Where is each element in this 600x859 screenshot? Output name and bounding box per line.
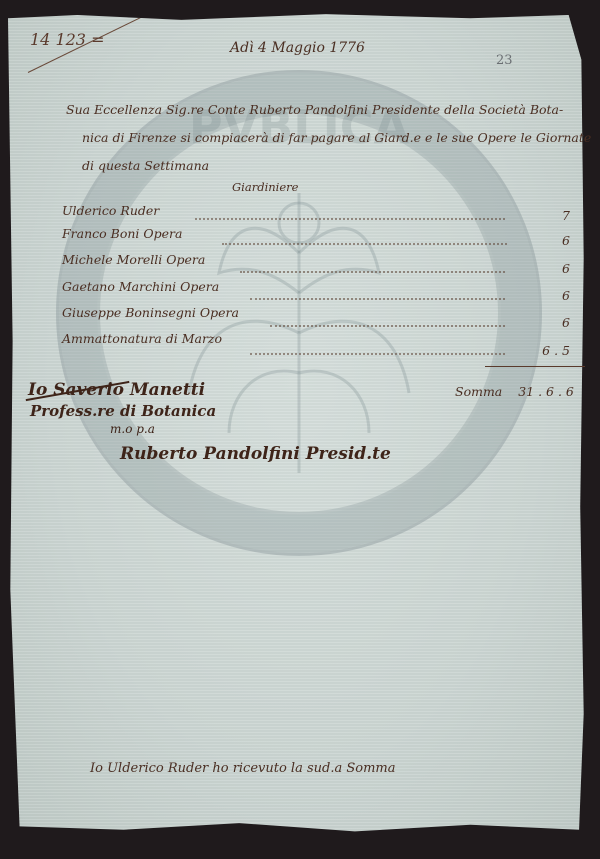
leader-dots bbox=[195, 218, 505, 220]
intro-line-1: Sua Eccellenza Sig.re Conte Ruberto Pand… bbox=[66, 102, 563, 117]
leader-dots bbox=[222, 243, 507, 245]
total-value: 31 . 6 . 6 bbox=[518, 384, 574, 399]
signature-abbrev: m.o p.a bbox=[110, 422, 155, 436]
intro-line-3: di questa Settimana bbox=[82, 158, 209, 173]
signature-title: Profess.re di Botanica bbox=[30, 402, 216, 420]
row-name: Franco Boni Opera bbox=[62, 226, 182, 241]
row-amount: 7 bbox=[562, 208, 570, 223]
total-row: Somma 31 . 6 . 6 bbox=[455, 384, 574, 399]
leader-dots bbox=[250, 298, 505, 300]
total-rule bbox=[485, 366, 585, 367]
row-amount: 6 bbox=[562, 315, 570, 330]
row-amount: 6 . 5 bbox=[542, 343, 570, 358]
row-name: Giuseppe Boninsegni Opera bbox=[62, 305, 239, 320]
intro-line-2: nica di Firenze si compiacerà di far pag… bbox=[82, 130, 591, 145]
total-label: Somma bbox=[455, 384, 502, 399]
archive-reference: 14 123 = bbox=[30, 30, 104, 49]
signature-manetti: Io Saverio Manetti bbox=[28, 380, 205, 400]
leader-dots bbox=[270, 325, 505, 327]
leader-dots bbox=[240, 271, 505, 273]
leader-dots bbox=[250, 353, 505, 355]
row-name: Michele Morelli Opera bbox=[62, 252, 205, 267]
row-amount: 6 bbox=[562, 261, 570, 276]
date-line: Adì 4 Maggio 1776 bbox=[230, 40, 365, 56]
row-name: Gaetano Marchini Opera bbox=[62, 279, 219, 294]
signature-pandolfini: Ruberto Pandolfini Presid.te bbox=[120, 444, 391, 464]
row-amount: 6 bbox=[562, 233, 570, 248]
folio-number: 23 bbox=[496, 53, 513, 68]
receipt-line: Io Ulderico Ruder ho ricevuto la sud.a S… bbox=[90, 761, 396, 776]
row-amount: 6 bbox=[562, 288, 570, 303]
row-name: Ulderico Ruder bbox=[62, 203, 159, 218]
table-heading: Giardiniere bbox=[232, 180, 298, 194]
row-name: Ammattonatura di Marzo bbox=[62, 331, 222, 346]
